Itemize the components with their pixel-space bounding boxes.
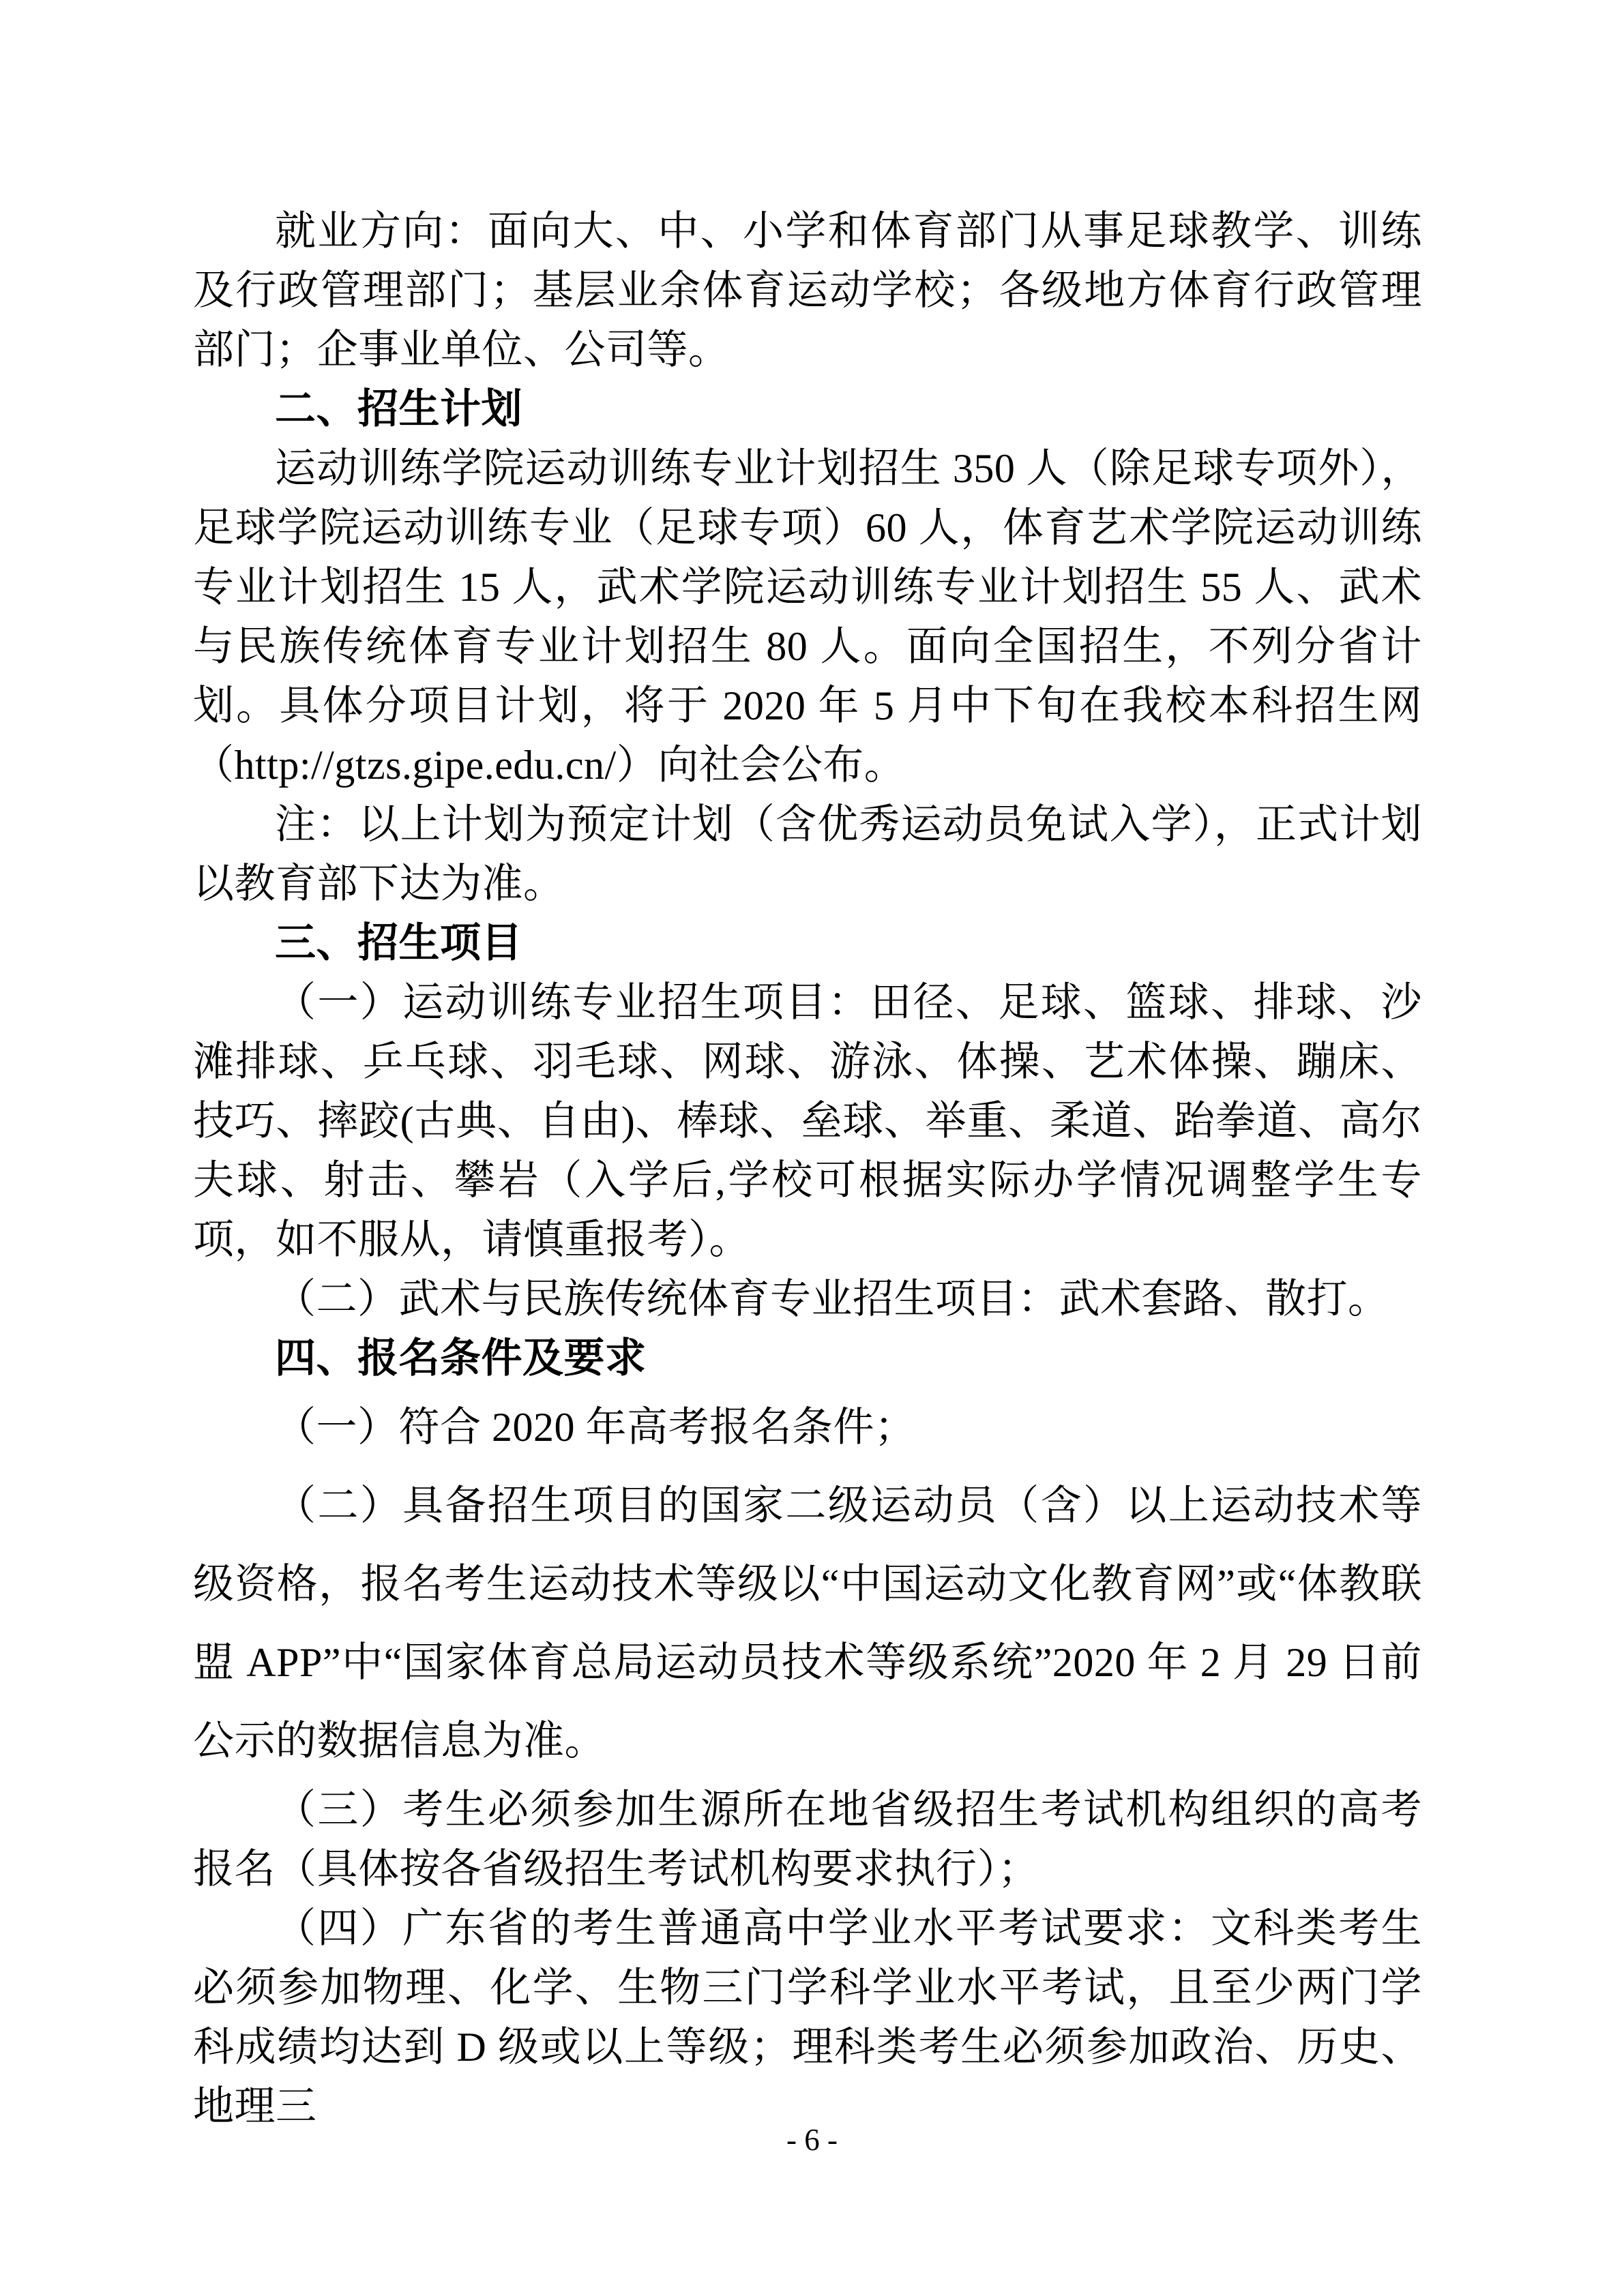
paragraph-wushu-events: （二）武术与民族传统体育专业招生项目：武术套路、散打。 [193, 1270, 1422, 1329]
document-body: 就业方向：面向大、中、小学和体育部门从事足球教学、训练及行政管理部门；基层业余体… [193, 202, 1422, 2136]
paragraph-plan-note: 注：以上计划为预定计划（含优秀运动员免试入学），正式计划以教育部下达为准。 [193, 795, 1422, 914]
paragraph-requirement-3: （三）考生必须参加生源所在地省级招生考试机构组织的高考报名（具体按各省级招生考试… [193, 1780, 1422, 1899]
section-heading-enrollment-events: 三、招生项目 [193, 914, 1422, 973]
paragraph-employment-direction: 就业方向：面向大、中、小学和体育部门从事足球教学、训练及行政管理部门；基层业余体… [193, 202, 1422, 380]
paragraph-requirement-1: （一）符合 2020 年高考报名条件； [193, 1388, 1422, 1467]
document-page: 就业方向：面向大、中、小学和体育部门从事足球教学、训练及行政管理部门；基层业余体… [0, 0, 1624, 2296]
page-number: - 6 - [0, 2119, 1624, 2160]
paragraph-requirement-4: （四）广东省的考生普通高中学业水平考试要求：文科类考生必须参加物理、化学、生物三… [193, 1899, 1422, 2136]
section-heading-enrollment-plan: 二、招生计划 [193, 380, 1422, 439]
paragraph-enrollment-plan: 运动训练学院运动训练专业计划招生 350 人（除足球专项外），足球学院运动训练专… [193, 439, 1422, 795]
section-heading-application-requirements: 四、报名条件及要求 [193, 1329, 1422, 1388]
paragraph-sport-training-events: （一）运动训练专业招生项目：田径、足球、篮球、排球、沙滩排球、乒乓球、羽毛球、网… [193, 973, 1422, 1270]
paragraph-requirement-2: （二）具备招生项目的国家二级运动员（含）以上运动技术等级资格，报名考生运动技术等… [193, 1467, 1422, 1780]
